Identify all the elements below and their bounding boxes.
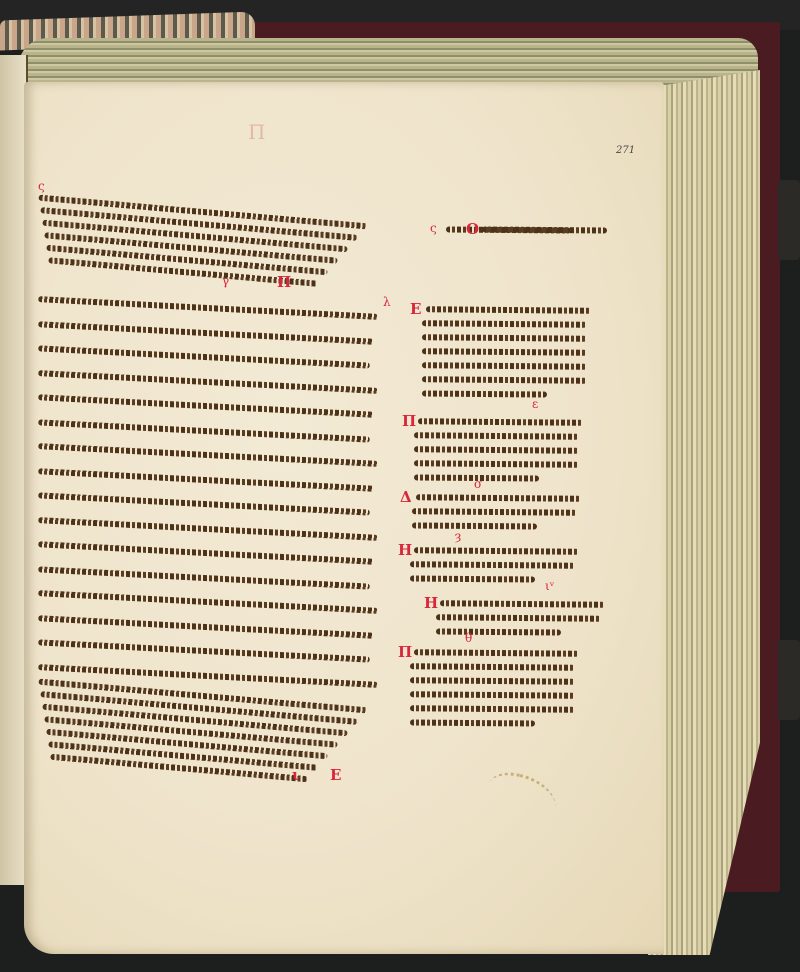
script-line [426,303,591,316]
ink-stroke [410,561,575,568]
rubric-initial: θ [465,632,472,644]
script-line [410,572,535,585]
script-line [418,415,583,428]
ink-stroke [410,719,535,726]
rubric-initial: ȝ [455,530,461,542]
rubric-initial: σ [474,478,482,490]
ink-stroke [414,649,579,656]
script-line [410,688,575,701]
script-line [422,373,587,386]
ink-stroke [440,600,605,607]
rubric-initial: Δ [400,490,412,505]
rubric-initial: Η [424,596,438,611]
ink-stroke [416,494,581,501]
script-line [410,558,575,571]
script-line [416,491,581,504]
ink-stroke [422,376,587,383]
ink-stroke [418,418,583,425]
ink-stroke [414,446,579,453]
ink-stroke [410,575,535,582]
rubric-initial: ς [430,222,437,234]
script-line [410,674,575,687]
rubric-initial: ι [292,768,299,783]
rubric-initial: Ε [330,768,341,783]
script-line [436,625,561,638]
ink-stroke [436,628,561,635]
ink-stroke [410,705,575,712]
script-line [410,702,575,715]
script-line [410,660,575,673]
rubric-initial: ς [38,180,45,192]
ink-stroke [422,320,587,327]
script-line [422,317,587,330]
script-line [436,611,601,624]
script-line [422,387,547,400]
ink-stroke [414,432,579,439]
script-line [482,223,607,236]
ink-stroke [426,306,591,313]
script-line [412,519,537,532]
script-line [414,429,579,442]
rubric-initial: Η [398,543,412,558]
script-line [414,443,579,456]
script-line [440,597,605,610]
ink-stroke [422,334,587,341]
rubric-initial: Π [398,645,412,660]
pencil-mark: Π [248,120,265,144]
script-line [422,359,587,372]
rubric-initial: Ο [466,222,479,237]
ink-stroke [410,677,575,684]
rubric-initial: ε [532,398,538,410]
ink-stroke [422,348,587,355]
ink-stroke [410,663,575,670]
ink-stroke [436,614,601,621]
ink-stroke [422,362,587,369]
rubric-initial: Π [402,414,416,429]
ink-stroke [410,691,575,698]
script-line [414,544,579,557]
rubric-initial: ιᵛ [545,580,554,592]
rubric-initial: Π [277,275,291,290]
ink-stroke [414,460,579,467]
ink-stroke [412,508,577,515]
ink-stroke [482,226,607,233]
script-line [414,646,579,659]
script-line [414,457,579,470]
script-line [410,716,535,729]
script-line [422,345,587,358]
ink-stroke [422,390,547,397]
rubric-initial: λ [383,296,391,308]
rubric-initial: γ [222,275,229,287]
clasp-lower [778,640,800,720]
folio-number: 271 [616,145,635,156]
ink-stroke [414,547,579,554]
script-line [422,331,587,344]
script-line [412,505,577,518]
rubric-initial: Ε [410,302,421,317]
ink-stroke [412,522,537,529]
clasp-upper [778,180,800,260]
